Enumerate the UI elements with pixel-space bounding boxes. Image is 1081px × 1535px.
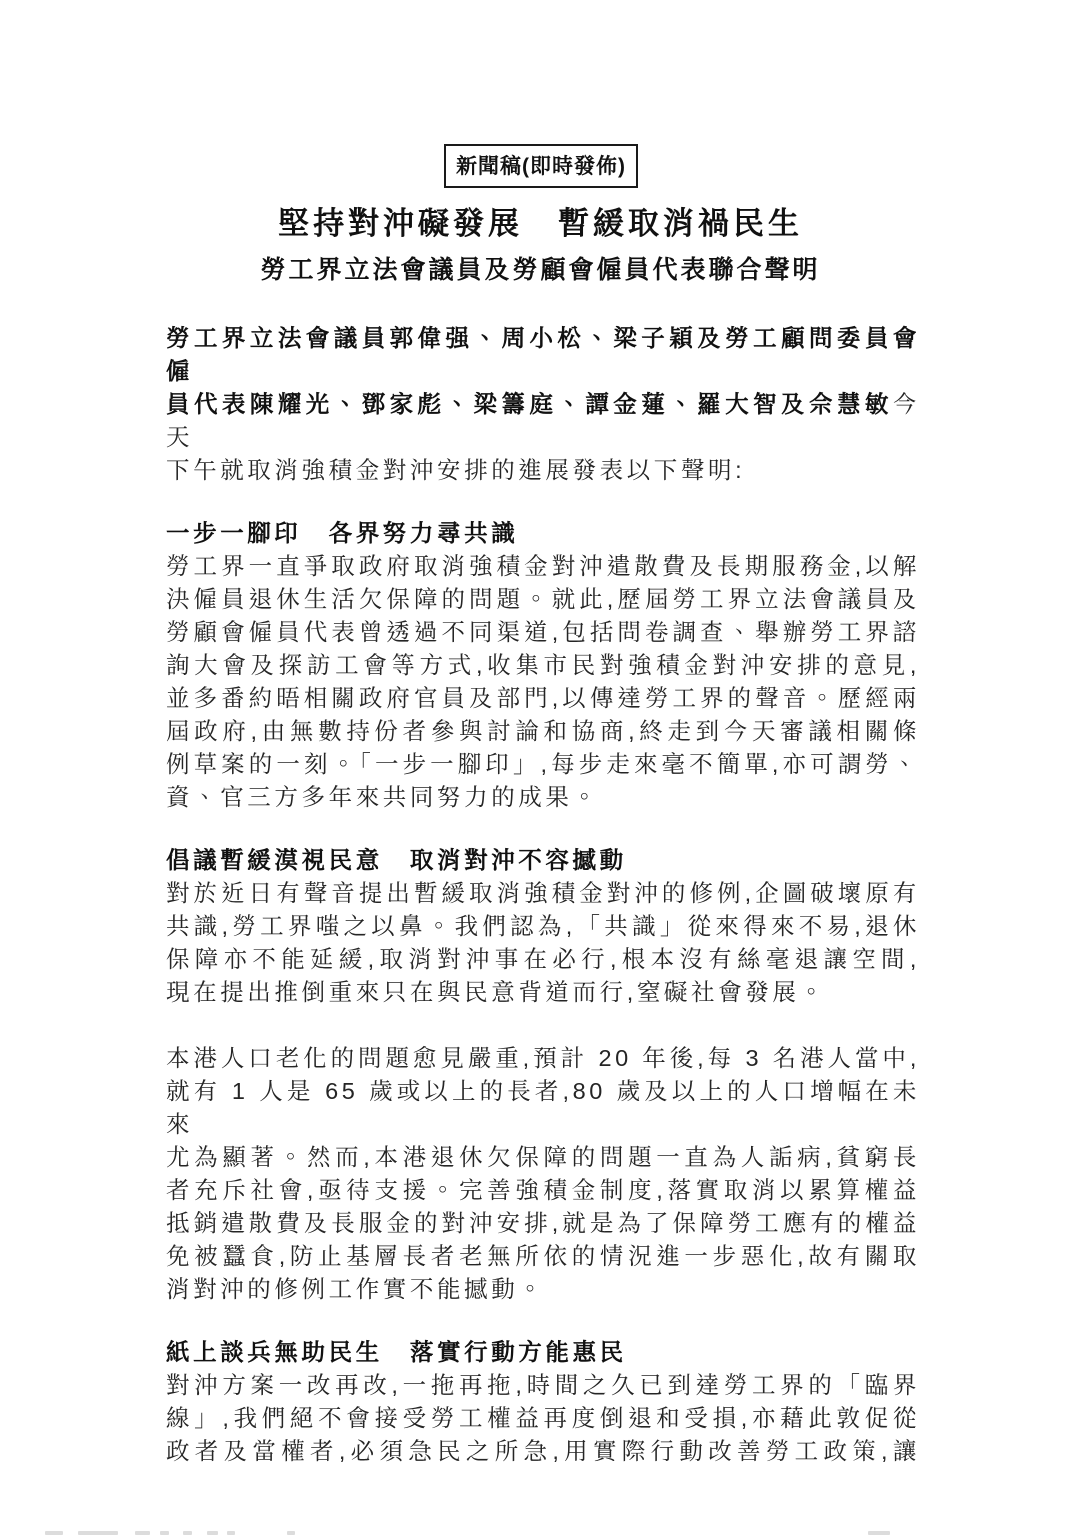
paragraph: 對沖方案一改再改,一拖再拖,時間之久已到達勞工界的「臨界線」,我們絕不會接受勞工… (166, 1369, 920, 1468)
names-emphasis-text: 員代表陳耀光、鄧家彪、梁籌庭、譚金蓮、羅大智及佘慧敏 (166, 391, 893, 417)
text-line: 對於近日有聲音提出暫緩取消強積金對沖的修例,企圖破壞原有 (166, 877, 920, 910)
section-heading: 倡議暫緩漠視民意 取消對沖不容撼動 (166, 844, 920, 877)
section-heading: 一步一腳印 各界努力尋共識 (166, 517, 920, 550)
paragraph: 本港人口老化的問題愈見嚴重,預計 20 年後,每 3 名港人當中,就有 1 人是… (166, 1042, 920, 1306)
body-text: 勞顧會僱員代表曾透過不同渠道,包括問卷調查、舉辦勞工界諮 (166, 619, 920, 645)
body-text: 下午就取消強積金對沖安排的進展發表以下聲明: (166, 457, 745, 483)
text-line: 勞顧會僱員代表曾透過不同渠道,包括問卷調查、舉辦勞工界諮 (166, 616, 920, 649)
text-line: 資、官三方多年來共同努力的成果。 (166, 781, 920, 814)
body-text: 抵銷遣散費及長服金的對沖安排,就是為了保障勞工應有的權益 (166, 1210, 920, 1236)
paragraph: 勞工界立法會議員郭偉强、周小松、梁子穎及勞工顧問委員會僱員代表陳耀光、鄧家彪、梁… (166, 322, 920, 487)
text-line: 本港人口老化的問題愈見嚴重,預計 20 年後,每 3 名港人當中, (166, 1042, 920, 1075)
body-text: 現在提出推倒重來只在與民意背道而行,窒礙社會發展。 (166, 979, 827, 1005)
text-line: 現在提出推倒重來只在與民意背道而行,窒礙社會發展。 (166, 976, 920, 1009)
body-text: 尤為顯著。然而,本港退休欠保障的問題一直為人詬病,貧窮長 (166, 1144, 920, 1170)
text-line: 勞工界一直爭取政府取消強積金對沖遣散費及長期服務金,以解 (166, 550, 920, 583)
document-subtitle: 勞工界立法會議員及勞顧會僱員代表聯合聲明 (0, 250, 1081, 286)
text-line: 詢大會及探訪工會等方式,收集市民對強積金對沖安排的意見, (166, 649, 920, 682)
body-text: 保障亦不能延緩,取消對沖事在必行,根本沒有絲毫退讓空間, (166, 946, 920, 972)
section-heading: 紙上談兵無助民生 落實行動方能惠民 (166, 1336, 920, 1369)
body-text: 決僱員退休生活欠保障的問題。就此,歷屆勞工界立法會議員及 (166, 586, 920, 612)
body-text: 消對沖的修例工作實不能撼動。 (166, 1276, 545, 1302)
body-text: 共識,勞工界嗤之以鼻。我們認為,「共識」從來得來不易,退休 (166, 913, 920, 939)
text-line: 例草案的一刻。「一步一腳印」,每步走來毫不簡單,亦可謂勞、 (166, 748, 920, 781)
press-release-page: 新聞稿(即時發佈) 堅持對沖礙發展 暫緩取消禍民生 勞工界立法會議員及勞顧會僱員… (0, 0, 1081, 1535)
body-text: 就有 1 人是 65 歲或以上的長者,80 歲及以上的人口增幅在未來 (166, 1078, 920, 1137)
text-line: 者充斥社會,亟待支援。完善強積金制度,落實取消以累算權益 (166, 1174, 920, 1207)
body-text: 屆政府,由無數持份者參與討論和協商,終走到今天審議相關條 (166, 718, 920, 744)
text-line: 員代表陳耀光、鄧家彪、梁籌庭、譚金蓮、羅大智及佘慧敏今天 (166, 388, 920, 454)
body-text: 本港人口老化的問題愈見嚴重,預計 20 年後,每 3 名港人當中, (166, 1045, 920, 1071)
text-line: 對沖方案一改再改,一拖再拖,時間之久已到達勞工界的「臨界 (166, 1369, 920, 1402)
body-text: 者充斥社會,亟待支援。完善強積金制度,落實取消以累算權益 (166, 1177, 920, 1203)
text-line: 線」,我們絕不會接受勞工權益再度倒退和受損,亦藉此敦促從 (166, 1402, 920, 1435)
paragraph: 勞工界一直爭取政府取消強積金對沖遣散費及長期服務金,以解決僱員退休生活欠保障的問… (166, 550, 920, 814)
text-line: 尤為顯著。然而,本港退休欠保障的問題一直為人詬病,貧窮長 (166, 1141, 920, 1174)
text-line: 下午就取消強積金對沖安排的進展發表以下聲明: (166, 454, 920, 487)
document-title: 堅持對沖礙發展 暫緩取消禍民生 (0, 198, 1081, 243)
names-emphasis-text: 勞工界立法會議員郭偉强、周小松、梁子穎及勞工顧問委員會僱 (166, 325, 920, 384)
text-line: 屆政府,由無數持份者參與討論和協商,終走到今天審議相關條 (166, 715, 920, 748)
body-text: 政者及當權者,必須急民之所急,用實際行動改善勞工政策,讓 (166, 1438, 920, 1464)
cut-off-next-line-artifact (0, 1530, 1081, 1535)
body-text: 免被蠶食,防止基層長者老無所依的情況進一步惡化,故有關取 (166, 1243, 920, 1269)
text-line: 政者及當權者,必須急民之所急,用實際行動改善勞工政策,讓 (166, 1435, 920, 1468)
paragraph: 對於近日有聲音提出暫緩取消強積金對沖的修例,企圖破壞原有共識,勞工界嗤之以鼻。我… (166, 877, 920, 1009)
text-line: 共識,勞工界嗤之以鼻。我們認為,「共識」從來得來不易,退休 (166, 910, 920, 943)
text-line: 消對沖的修例工作實不能撼動。 (166, 1273, 920, 1306)
body-text: 勞工界一直爭取政府取消強積金對沖遣散費及長期服務金,以解 (166, 553, 920, 579)
text-line: 保障亦不能延緩,取消對沖事在必行,根本沒有絲毫退讓空間, (166, 943, 920, 976)
text-line: 並多番約晤相關政府官員及部門,以傳達勞工界的聲音。歷經兩 (166, 682, 920, 715)
body-text: 例草案的一刻。「一步一腳印」,每步走來毫不簡單,亦可謂勞、 (166, 751, 920, 777)
text-line: 就有 1 人是 65 歲或以上的長者,80 歲及以上的人口增幅在未來 (166, 1075, 920, 1141)
body-text: 線」,我們絕不會接受勞工權益再度倒退和受損,亦藉此敦促從 (166, 1405, 920, 1431)
document-body: 勞工界立法會議員郭偉强、周小松、梁子穎及勞工顧問委員會僱員代表陳耀光、鄧家彪、梁… (166, 322, 920, 1468)
text-line: 勞工界立法會議員郭偉强、周小松、梁子穎及勞工顧問委員會僱 (166, 322, 920, 388)
body-text: 詢大會及探訪工會等方式,收集市民對強積金對沖安排的意見, (166, 652, 920, 678)
text-line: 抵銷遣散費及長服金的對沖安排,就是為了保障勞工應有的權益 (166, 1207, 920, 1240)
text-line: 決僱員退休生活欠保障的問題。就此,歷屆勞工界立法會議員及 (166, 583, 920, 616)
press-release-type-box: 新聞稿(即時發佈) (444, 144, 638, 188)
body-text: 對沖方案一改再改,一拖再拖,時間之久已到達勞工界的「臨界 (166, 1372, 920, 1398)
body-text: 並多番約晤相關政府官員及部門,以傳達勞工界的聲音。歷經兩 (166, 685, 920, 711)
text-line: 免被蠶食,防止基層長者老無所依的情況進一步惡化,故有關取 (166, 1240, 920, 1273)
body-text: 資、官三方多年來共同努力的成果。 (166, 784, 600, 810)
body-text: 對於近日有聲音提出暫緩取消強積金對沖的修例,企圖破壞原有 (166, 880, 920, 906)
